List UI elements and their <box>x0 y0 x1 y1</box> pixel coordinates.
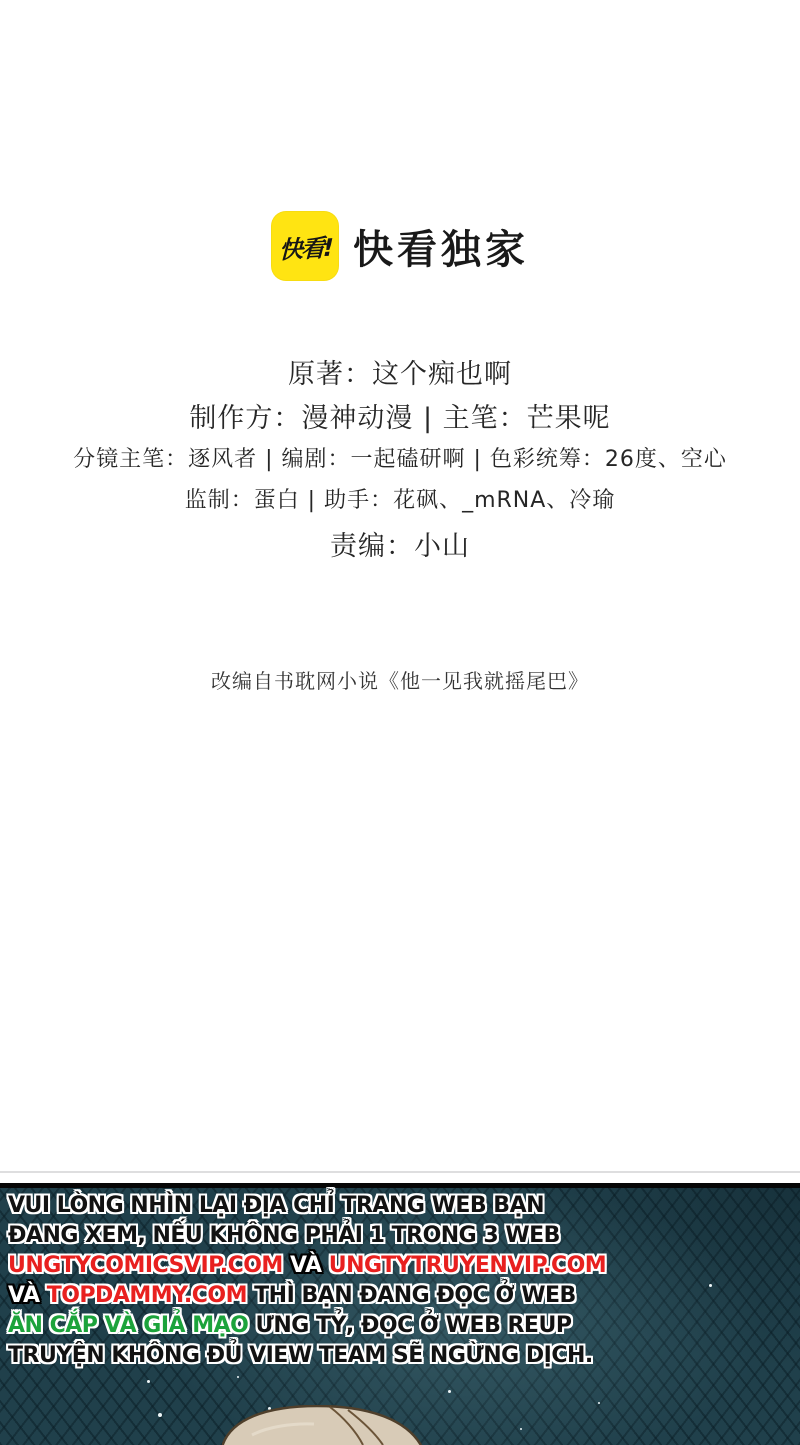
brand-lockup: 快看! 快看独家 <box>0 211 800 281</box>
website-url: UNGTYTRUYENVIP.COM <box>329 1253 606 1278</box>
warning-text-segment: VUI LÒNG NHÌN LẠI ĐỊA CHỈ TRANG WEB BẠN <box>8 1193 544 1218</box>
warning-text-segment: THÌ BẠN ĐANG ĐỌC Ở WEB <box>247 1283 576 1308</box>
warning-text-segment: TRUYỆN KHÔNG ĐỦ VIEW TEAM SẼ NGỪNG DỊCH. <box>8 1343 593 1368</box>
warning-line: UNGTYCOMICSVIP.COM VÀ UNGTYTRUYENVIP.COM <box>8 1251 800 1281</box>
warning-line: VUI LÒNG NHÌN LẠI ĐỊA CHỈ TRANG WEB BẠN <box>8 1191 800 1221</box>
kuaikan-logo: 快看! <box>271 211 339 281</box>
star-dot <box>147 1380 150 1383</box>
credits-line: 制作方：漫神动漫 | 主笔：芒果呢 <box>0 396 800 435</box>
warning-text-segment: ĂN CẮP VÀ GIẢ MẠO <box>8 1313 248 1338</box>
star-dot <box>448 1390 451 1393</box>
star-dot <box>598 1402 600 1404</box>
credits-line: 责编：小山 <box>0 524 800 563</box>
comic-credits-page: { "brand": { "logo_text": "快看!", "name":… <box>0 0 800 1445</box>
warning-line: ĐANG XEM, NẾU KHÔNG PHẢI 1 TRONG 3 WEB <box>8 1221 800 1251</box>
brand-title: 快看独家 <box>353 218 529 275</box>
piracy-warning-banner: VUI LÒNG NHÌN LẠI ĐỊA CHỈ TRANG WEB BẠNĐ… <box>0 1183 800 1445</box>
warning-text-segment: VÀ <box>283 1253 329 1278</box>
star-dot <box>237 1376 239 1378</box>
credits-line: 分镜主笔：逐风者 | 编剧：一起磕研啊 | 色彩统筹：26度、空心 <box>0 442 800 473</box>
website-url: TOPDAMMY.COM <box>47 1283 247 1308</box>
website-url: UNGTYCOMICSVIP.COM <box>8 1253 283 1278</box>
warning-text-segment: ƯNG TỶ, ĐỌC Ở WEB REUP <box>248 1313 571 1338</box>
warning-lines: VUI LÒNG NHÌN LẠI ĐỊA CHỈ TRANG WEB BẠNĐ… <box>0 1188 800 1371</box>
adaptation-note: 改编自书耽网小说《他一见我就摇尾巴》 <box>0 665 800 694</box>
warning-text-segment: ĐANG XEM, NẾU KHÔNG PHẢI 1 TRONG 3 WEB <box>8 1223 560 1248</box>
star-dot <box>520 1428 522 1430</box>
warning-line: VÀ TOPDAMMY.COM THÌ BẠN ĐANG ĐỌC Ở WEB <box>8 1281 800 1311</box>
star-dot <box>158 1413 162 1417</box>
kuaikan-logo-text: 快看! <box>278 227 331 265</box>
character-head-artwork <box>222 1405 422 1445</box>
warning-line: TRUYỆN KHÔNG ĐỦ VIEW TEAM SẼ NGỪNG DỊCH. <box>8 1341 800 1371</box>
warning-text-segment: VÀ <box>8 1283 47 1308</box>
credits-line: 原著：这个痴也啊 <box>0 352 800 391</box>
star-dot <box>709 1284 712 1287</box>
warning-line: ĂN CẮP VÀ GIẢ MẠO ƯNG TỶ, ĐỌC Ở WEB REUP <box>8 1311 800 1341</box>
panel-divider <box>0 1171 800 1173</box>
credits-line: 监制：蛋白 | 助手：花砜、_mRNA、冷瑜 <box>0 483 800 514</box>
